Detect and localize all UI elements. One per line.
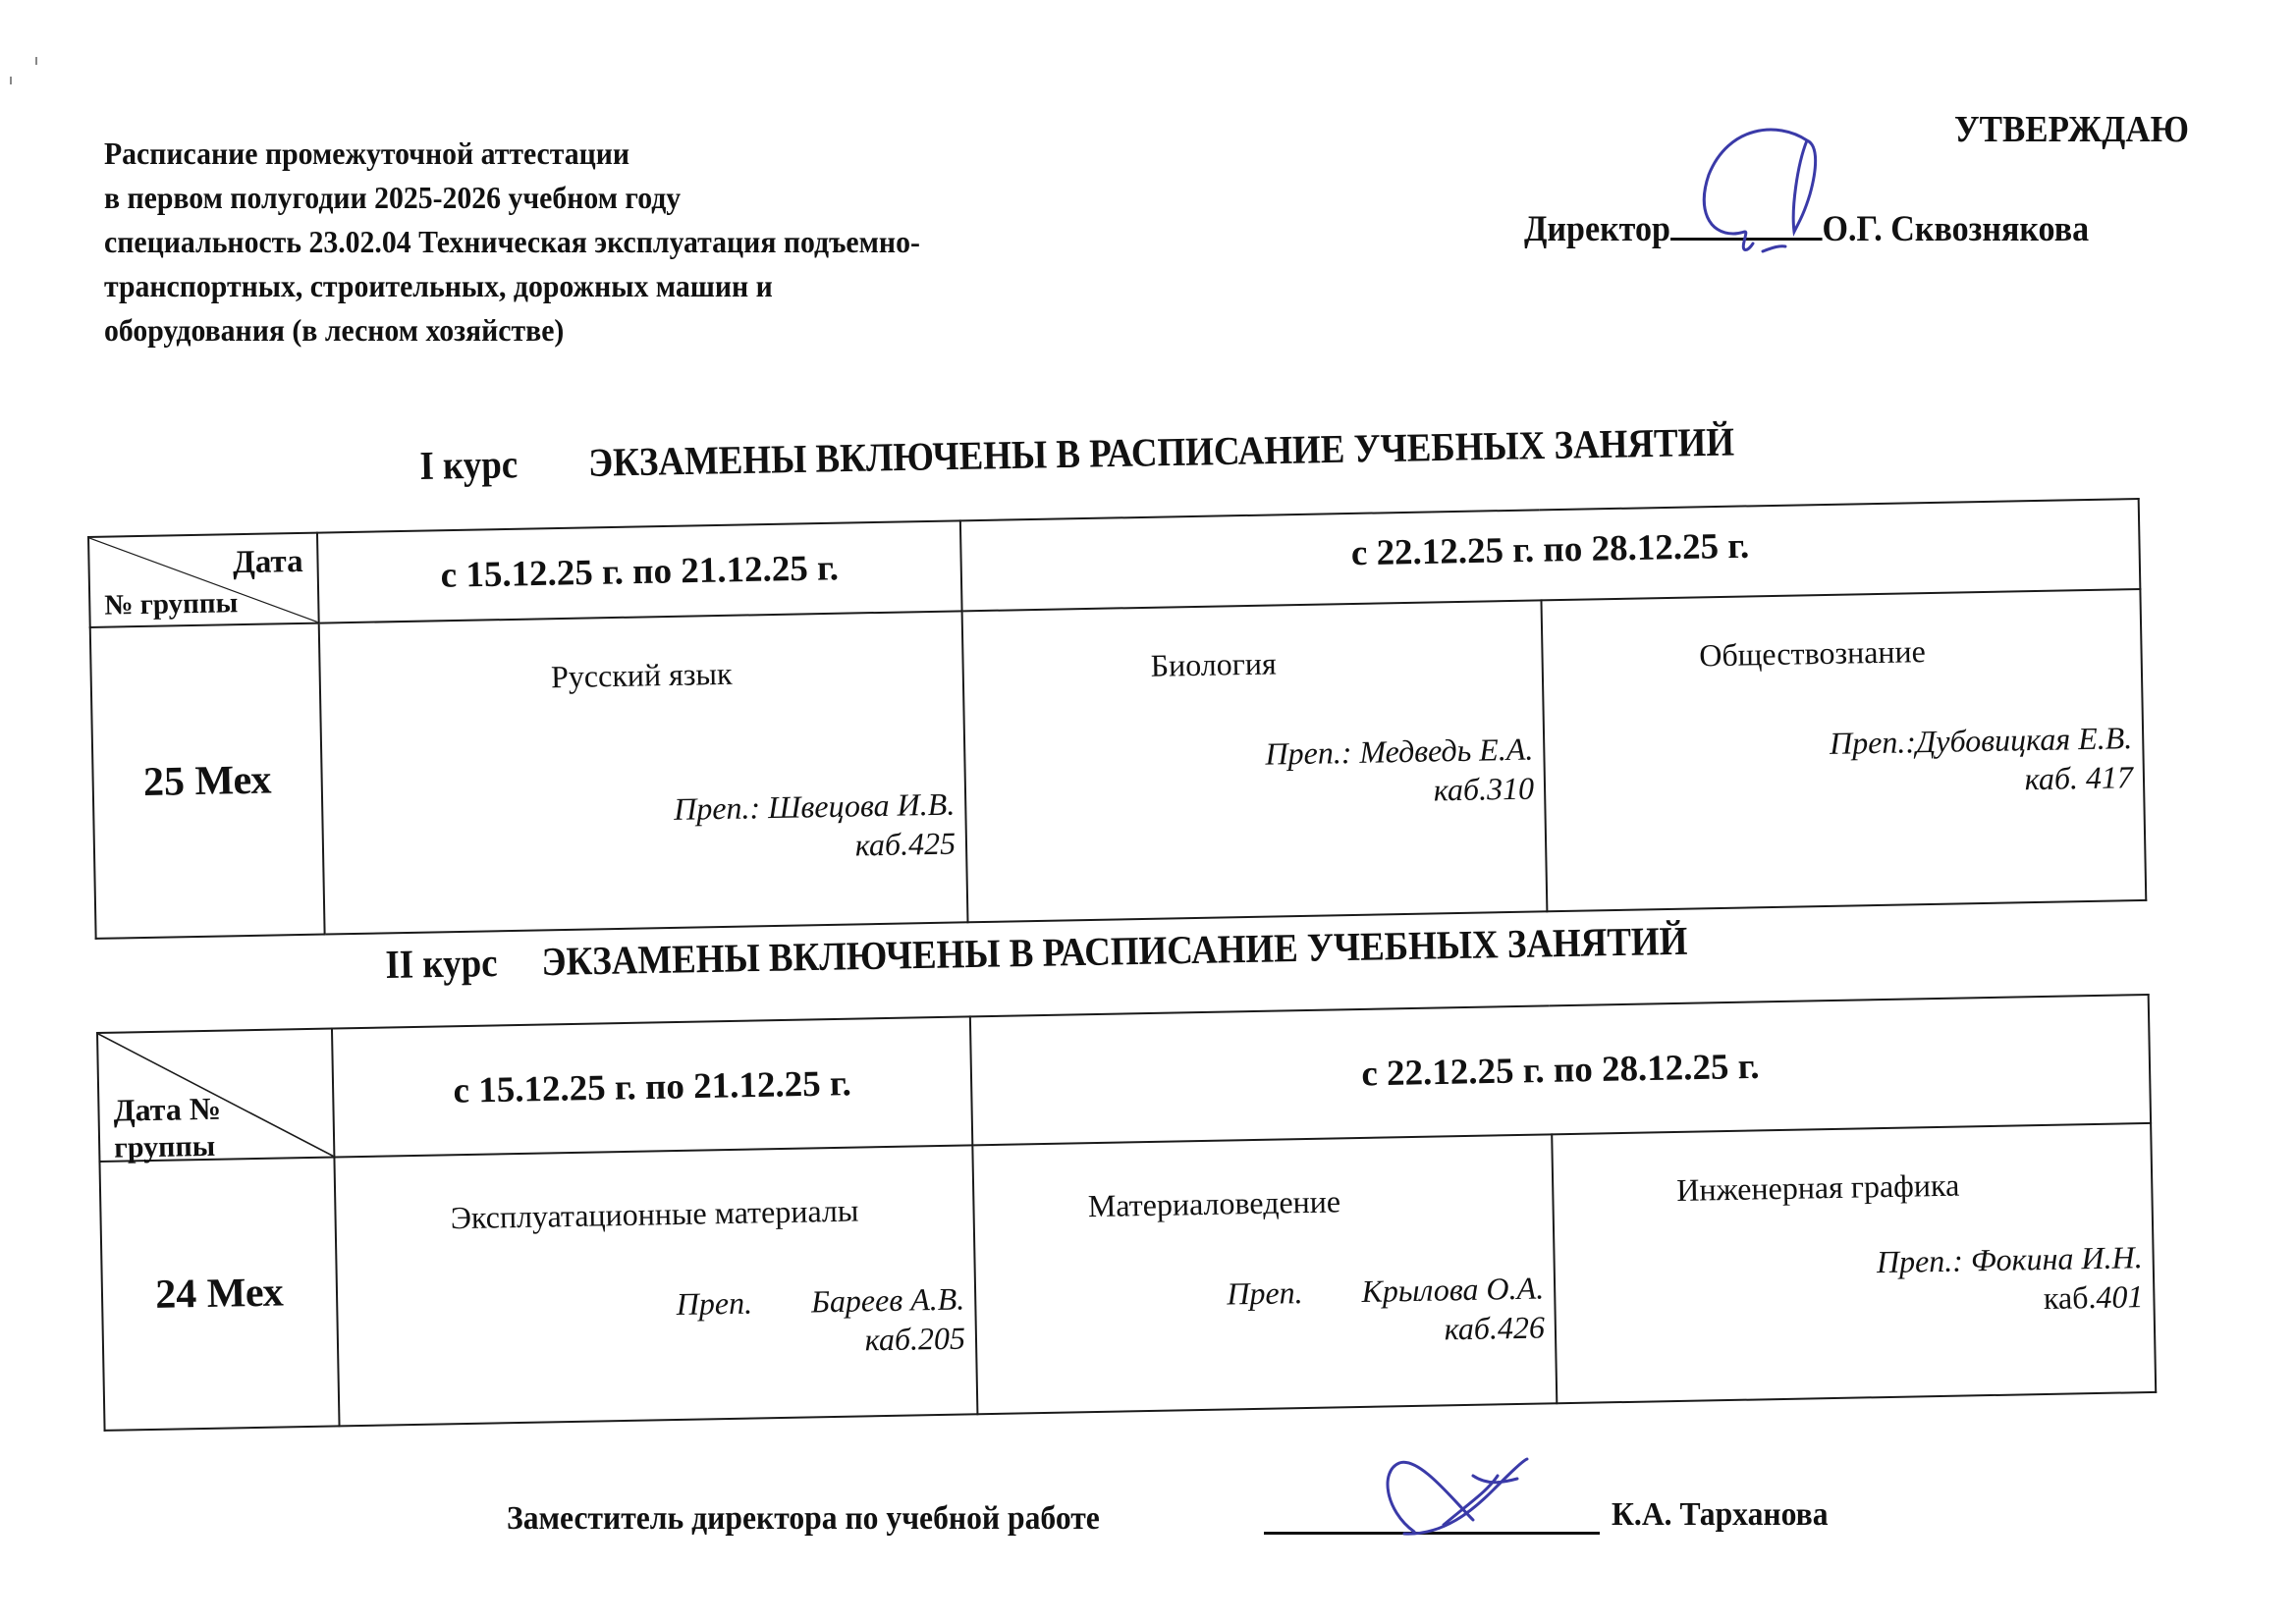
course-1-title: I курсЭКЗАМЕНЫ ВКЛЮЧЕНЫ В РАСПИСАНИЕ УЧЕ… [419, 417, 1734, 489]
deputy-signature-icon [1326, 1451, 1591, 1549]
exam-room: каб.310 [1266, 769, 1535, 813]
header-line: транспортных, строительных, дорожных маш… [104, 264, 920, 308]
schedule-table-course-1: Дата № группы с 15.12.25 г. по 21.12.25 … [87, 498, 2147, 940]
approval-stamp: УТВЕРЖДАЮ [1954, 108, 2189, 151]
exam-teacher: Преп.:Дубовицкая Е.В. [1830, 718, 2133, 763]
header-line: в первом полугодии 2025-2026 учебном год… [104, 176, 920, 220]
period-header: с 15.12.25 г. по 21.12.25 г. [317, 520, 962, 623]
exam-teacher-prefix: Преп. [676, 1285, 752, 1322]
exam-teacher: Преп.: Фокина И.Н. [1877, 1237, 2143, 1281]
period-header: с 22.12.25 г. по 28.12.25 г. [970, 995, 2151, 1145]
document-header: Расписание промежуточной аттестации в пе… [104, 132, 920, 352]
corner-label-date: Дата № [113, 1091, 221, 1129]
director-signature-icon [1669, 116, 1895, 263]
exam-cell: Материаловедение Преп.Крылова О.А. каб.4… [972, 1134, 1557, 1414]
course-note: ЭКЗАМЕНЫ ВКЛЮЧЕНЫ В РАСПИСАНИЕ УЧЕБНЫХ З… [588, 418, 1735, 484]
exam-teacher-block: Преп.: Швецова И.В. каб.425 [674, 785, 957, 868]
header-line: Расписание промежуточной аттестации [104, 132, 920, 176]
exam-teacher: Крылова О.А. [1361, 1271, 1544, 1309]
period-label: с 15.12.25 г. по 21.12.25 г. [318, 545, 960, 599]
exam-subject: Биология [885, 640, 1542, 688]
group-cell: 25 Мех [90, 623, 325, 939]
exam-teacher-block: Преп.Бареев А.В. каб.205 [676, 1279, 965, 1363]
exam-subject: Обществознание [1484, 629, 2141, 677]
exam-subject: Инженерная графика [1485, 1164, 2152, 1213]
period-label: с 22.12.25 г. по 28.12.25 г. [972, 1038, 2150, 1102]
exam-room: каб.205 [677, 1319, 965, 1363]
exam-teacher-block: Преп.: Фокина И.Н. каб.401 [1877, 1237, 2144, 1321]
scan-mark [35, 57, 37, 65]
exam-cell: Русский язык Преп.: Швецова И.В. каб.425 [319, 611, 968, 934]
corner-cell: Дата № группы [88, 533, 319, 627]
schedule-table-course-2: Дата № группы с 15.12.25 г. по 21.12.25 … [96, 994, 2157, 1432]
exam-subject: Русский язык [320, 651, 962, 699]
deputy-position: Заместитель директора по учебной работе [507, 1500, 1100, 1538]
exam-teacher-block: Преп.Крылова О.А. каб.426 [1227, 1269, 1545, 1353]
exam-cell: Инженерная графика Преп.: Фокина И.Н. ка… [1552, 1123, 2156, 1403]
exam-teacher-prefix: Преп. [1227, 1274, 1303, 1311]
period-header: с 15.12.25 г. по 21.12.25 г. [332, 1016, 972, 1157]
table-row: 24 Мех Эксплуатационные материалы Преп.Б… [99, 1123, 2156, 1431]
exam-room: каб. 417 [1830, 757, 2133, 802]
header-line: оборудования (в лесном хозяйстве) [104, 308, 920, 352]
scan-mark [10, 77, 12, 84]
exam-room-number: 401 [2096, 1278, 2144, 1315]
exam-teacher-block: Преп.:Дубовицкая Е.В. каб. 417 [1830, 718, 2134, 802]
deputy-name: К.А. Тарханова [1612, 1496, 1829, 1534]
director-position: Директор [1524, 209, 1670, 249]
group-cell: 24 Мех [99, 1157, 339, 1430]
exam-cell: Биология Преп.: Медведь Е.А. каб.310 [962, 600, 1548, 922]
header-line: специальность 23.02.04 Техническая экспл… [104, 220, 920, 264]
group-label: 24 Мех [103, 1268, 337, 1319]
exam-teacher: Бареев А.В. [811, 1281, 965, 1320]
exam-cell: Обществознание Преп.:Дубовицкая Е.В. каб… [1541, 589, 2146, 911]
exam-subject: Материаловедение [876, 1179, 1553, 1228]
period-label: с 22.12.25 г. по 28.12.25 г. [961, 517, 2139, 581]
corner-cell: Дата № группы [97, 1029, 334, 1162]
corner-label-date: Дата [233, 544, 303, 581]
exam-cell: Эксплуатационные материалы Преп.Бареев А… [334, 1145, 977, 1426]
period-label: с 15.12.25 г. по 21.12.25 г. [334, 1059, 971, 1113]
exam-teacher-block: Преп.: Медведь Е.А. каб.310 [1265, 730, 1534, 813]
exam-room: каб.426 [1228, 1308, 1546, 1353]
course-label: I курс [419, 440, 519, 489]
exam-room-prefix: каб. [2044, 1279, 2097, 1316]
table-row: 25 Мех Русский язык Преп.: Швецова И.В. … [90, 589, 2147, 939]
course-label: II курс [385, 939, 498, 988]
corner-label-group: № группы [104, 587, 238, 623]
exam-teacher: Преп.: Швецова И.В. [674, 785, 956, 829]
exam-teacher: Преп.: Медведь Е.А. [1265, 730, 1534, 774]
exam-room: каб.425 [675, 824, 957, 868]
group-label: 25 Мех [93, 755, 321, 806]
